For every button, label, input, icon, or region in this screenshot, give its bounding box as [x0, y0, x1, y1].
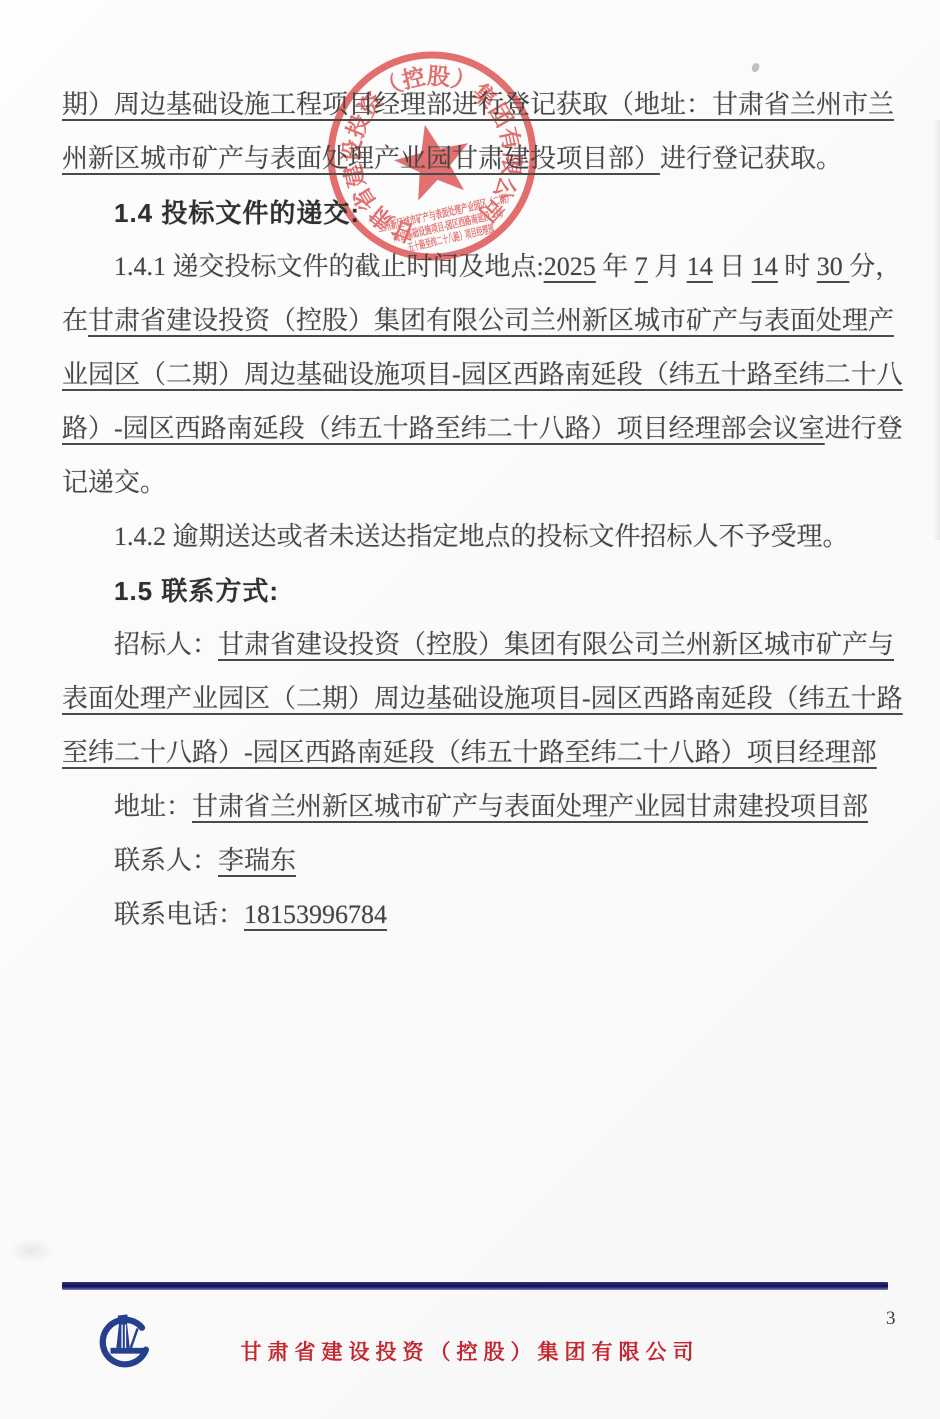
scanned-document-page: 甘肃省建设投资（控股）集团有限公司 兰州新区城市矿产与表面处理产业园区（二期） … [0, 0, 940, 1419]
text: 月 [648, 252, 687, 281]
footer-rule [62, 1282, 888, 1290]
document-line: 州新区城市矿产与表面处理产业园甘肃建投项目部）进行登记获取。 [62, 132, 908, 186]
scan-speck [8, 1238, 54, 1264]
text: 地址： [114, 792, 192, 821]
underlined-text: 14 [687, 252, 713, 281]
underlined-text: 甘肃省兰州新区城市矿产与表面处理产业园甘肃建投项目部 [192, 792, 868, 821]
document-line: 1.4.1 递交投标文件的截止时间及地点:2025 年 7 月 14 日 14 … [62, 240, 908, 294]
scan-edge-shadow [933, 120, 940, 540]
underlined-text: 18153996784 [244, 900, 387, 929]
document-line: 至纬二十八路）-园区西路南延段（纬五十路至纬二十八路）项目经理部 [62, 726, 908, 780]
footer-company-name: 甘肃省建设投资（控股）集团有限公司 [0, 1336, 940, 1366]
text: 1.4.1 递交投标文件的截止时间及地点: [114, 252, 544, 281]
text: 日 [713, 252, 752, 281]
text: 1.4 投标文件的递交: [114, 198, 360, 228]
document-line: 期）周边基础设施工程项目经理部进行登记获取（地址：甘肃省兰州市兰 [62, 78, 908, 132]
text: 1.5 联系方式: [114, 576, 279, 606]
underlined-text: 路）-园区西路南延段（纬五十路至纬二十八路）项目经理部会议室 [62, 414, 825, 443]
text: 记递交。 [62, 468, 166, 497]
document-line: 地址：甘肃省兰州新区城市矿产与表面处理产业园甘肃建投项目部 [62, 780, 908, 834]
underlined-text: 14 [752, 252, 778, 281]
document-line: 在甘肃省建设投资（控股）集团有限公司兰州新区城市矿产与表面处理产 [62, 294, 908, 348]
underlined-text: 甘肃省建设投资（控股）集团有限公司兰州新区城市矿产与表面处理产 [88, 306, 894, 335]
text: 1.4.2 逾期送达或者未送达指定地点的投标文件招标人不予受理。 [114, 522, 849, 551]
document-line: 招标人：甘肃省建设投资（控股）集团有限公司兰州新区城市矿产与 [62, 618, 908, 672]
underlined-text: 至纬二十八路）-园区西路南延段（纬五十路至纬二十八路）项目经理部 [62, 738, 877, 767]
text: 分， [849, 252, 901, 281]
text: 年 [596, 252, 635, 281]
underlined-text: 7 [635, 252, 648, 281]
page-number: 3 [886, 1308, 896, 1330]
text: 联系电话： [114, 900, 244, 929]
underlined-text: 甘肃省建设投资（控股）集团有限公司兰州新区城市矿产与 [218, 630, 894, 659]
document-line: 1.4 投标文件的递交: [62, 186, 908, 240]
document-line: 路）-园区西路南延段（纬五十路至纬二十八路）项目经理部会议室进行登 [62, 402, 908, 456]
underlined-text: 表面处理产业园区（二期）周边基础设施项目-园区西路南延段（纬五十路 [62, 684, 903, 713]
document-line: 1.5 联系方式: [62, 564, 908, 618]
document-line: 联系电话：18153996784 [62, 888, 908, 942]
underlined-text: 2025 [544, 252, 596, 281]
logo-tower-cap [118, 1314, 129, 1324]
text: 在 [62, 306, 88, 335]
document-line: 表面处理产业园区（二期）周边基础设施项目-园区西路南延段（纬五十路 [62, 672, 908, 726]
document-line: 记递交。 [62, 456, 908, 510]
underlined-text: 李瑞东 [218, 846, 296, 875]
underlined-text: 期）周边基础设施工程项目经理部进行登记获取（地址：甘肃省兰州市兰 [62, 90, 894, 119]
text: 联系人： [114, 846, 218, 875]
document-line: 业园区（二期）周边基础设施项目-园区西路南延段（纬五十路至纬二十八 [62, 348, 908, 402]
scan-speck [751, 62, 761, 73]
underlined-text: 业园区（二期）周边基础设施项目-园区西路南延段（纬五十路至纬二十八 [62, 360, 903, 389]
text: 进行登 [825, 414, 903, 443]
document-line: 联系人：李瑞东 [62, 834, 908, 888]
text: 招标人： [114, 630, 218, 659]
underlined-text: 30 [817, 252, 850, 281]
text: 进行登记获取。 [660, 144, 842, 173]
underlined-text: 州新区城市矿产与表面处理产业园甘肃建投项目部） [62, 144, 660, 173]
text: 时 [778, 252, 817, 281]
document-lines: 期）周边基础设施工程项目经理部进行登记获取（地址：甘肃省兰州市兰州新区城市矿产与… [62, 78, 908, 942]
document-line: 1.4.2 逾期送达或者未送达指定地点的投标文件招标人不予受理。 [62, 510, 908, 564]
